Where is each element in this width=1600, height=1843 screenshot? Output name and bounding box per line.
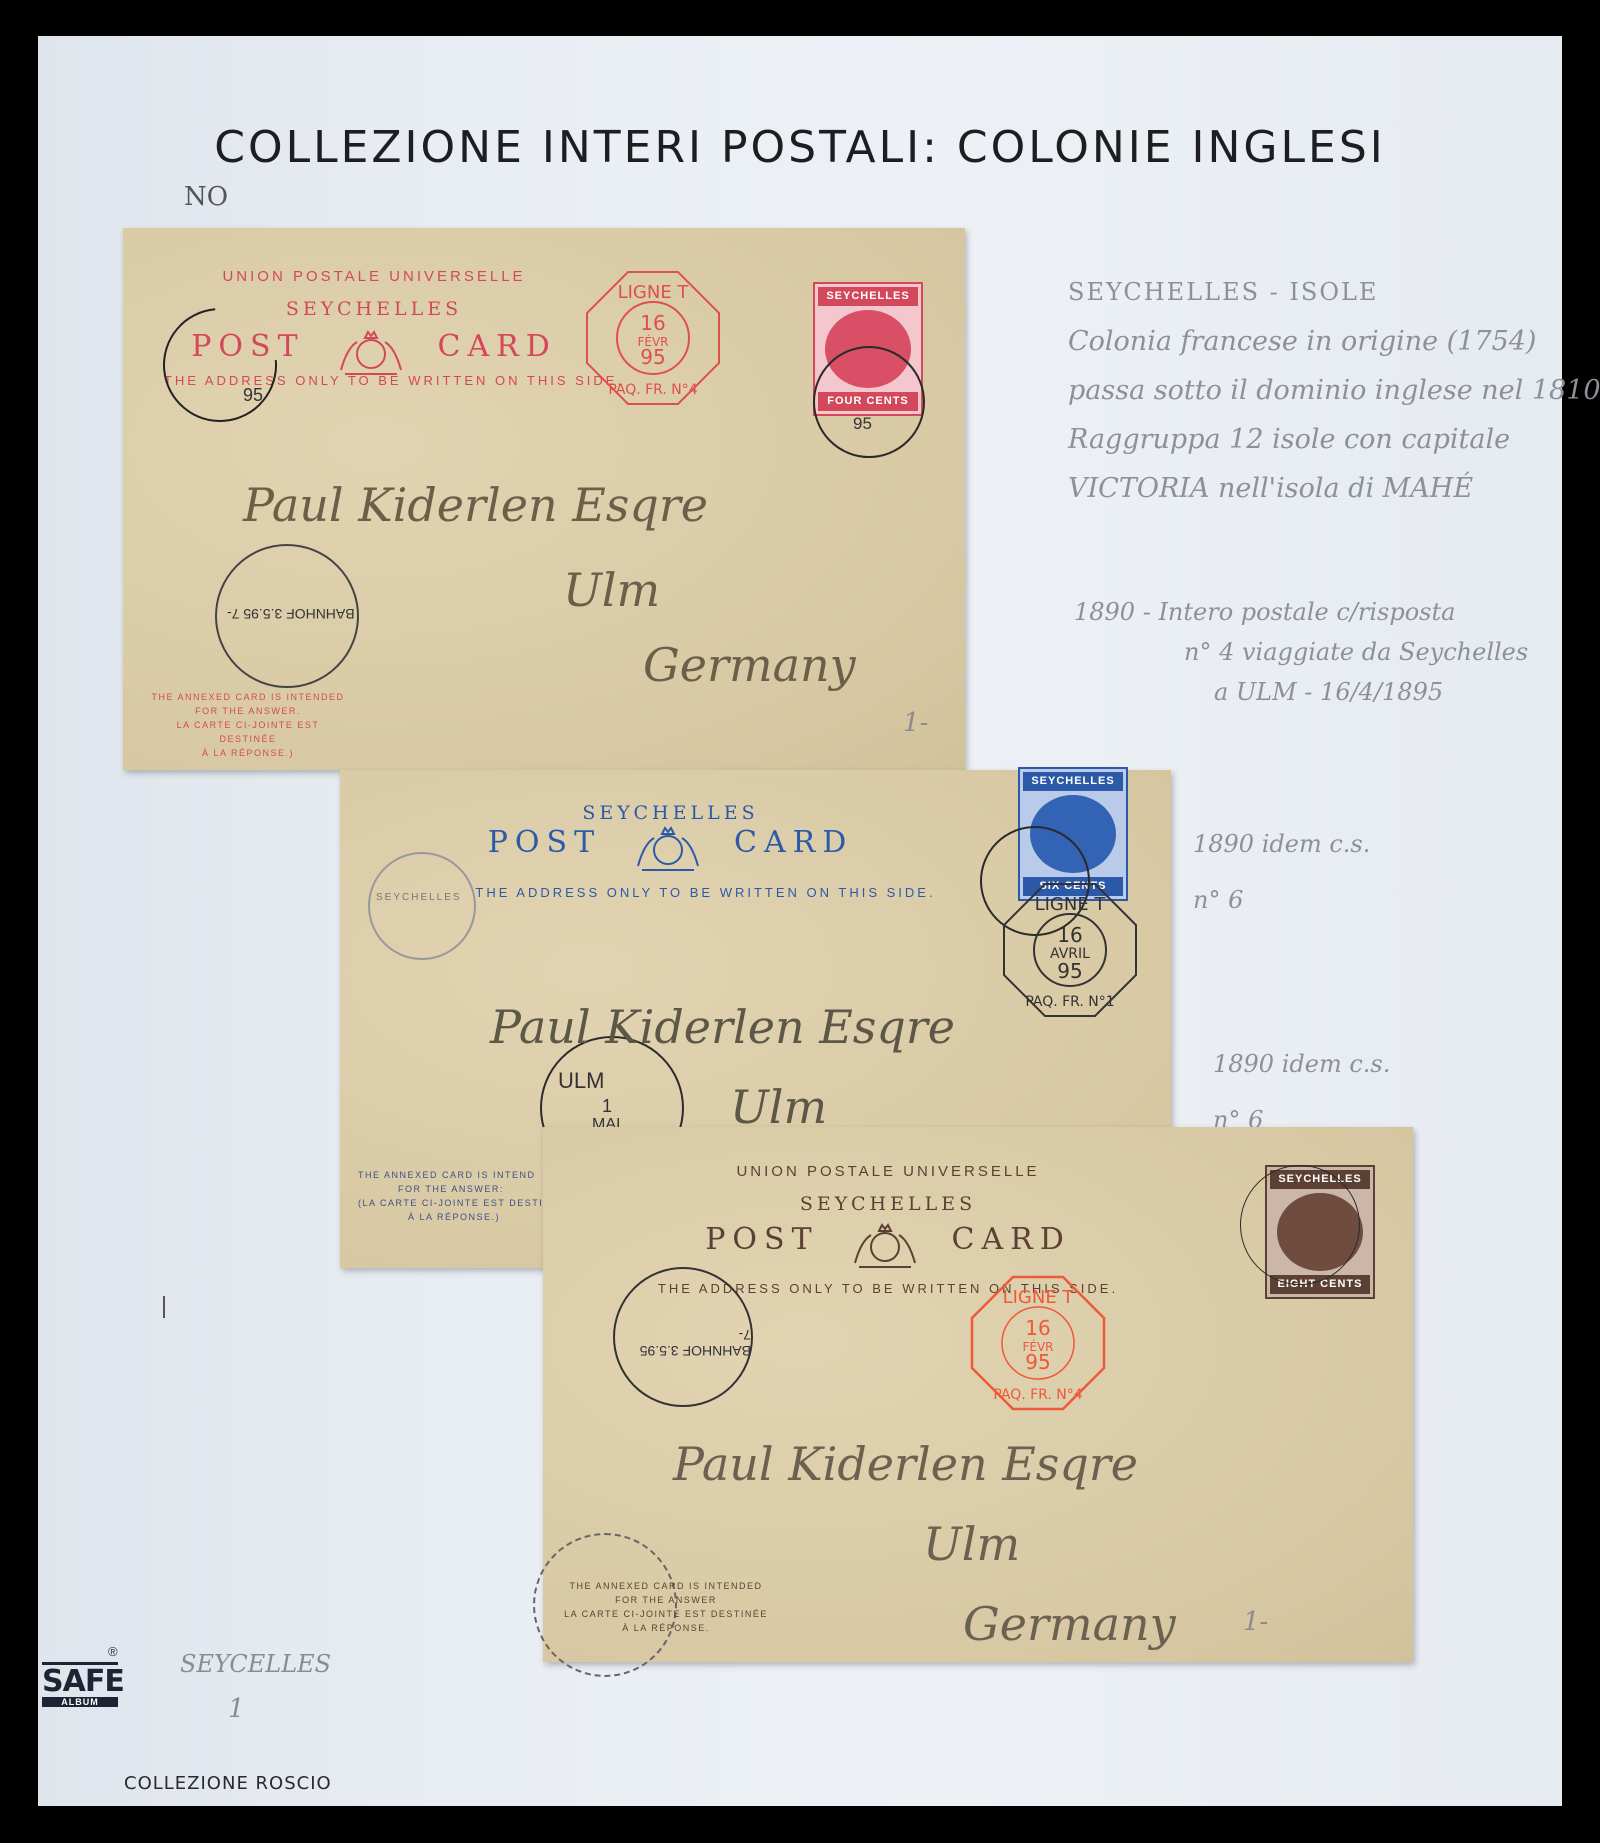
note-line: n° 6 [1193,872,1370,928]
annex-line: FOR THE ANSWER. [148,704,348,718]
post-card-heading: POST CARD [255,822,1086,874]
card-word: CARD [951,1222,1070,1257]
page-title: COLLEZIONE INTERI POSTALI: COLONIE INGLE… [38,122,1562,173]
note-item-1: 1890 - Intero postale c/risposta n° 4 vi… [1074,592,1528,712]
note-line: 1890 idem c.s. [1213,1036,1390,1092]
pencil-price: 1- [903,708,928,738]
safe-album-logo: SAFE ALBUM [42,1662,118,1707]
postmark-text: BAHNHOF 3.5.95 7- [625,1327,751,1359]
royal-crest-icon [845,1219,925,1271]
seychelles-postmark-stamp [1240,1165,1360,1285]
svg-text:PAQ. FR. N°1: PAQ. FR. N°1 [1025,994,1114,1010]
annex-note: THE ANNEXED CARD IS INTENDED FOR THE ANS… [561,1579,771,1635]
handwritten-country: Germany [643,638,856,692]
svg-text:95: 95 [640,345,665,369]
bahnhof-postmark: BAHNHOF 3.5.95 7- [613,1267,753,1407]
annex-line: THE ANNEXED CARD IS INTENDED [561,1579,771,1593]
svg-text:LIGNE T: LIGNE T [618,282,690,303]
post-word: POST [705,1222,818,1257]
handwritten-name: Paul Kiderlen Esqre [673,1437,1138,1491]
seychelles-postmark-stamp: 95 [813,346,925,458]
svg-text:LIGNE T: LIGNE T [1035,894,1107,915]
post-word: POST [488,825,601,860]
note-line: 1890 - Intero postale c/risposta [1074,592,1528,632]
margin-mark [163,1296,165,1318]
svg-text:16: 16 [1025,1316,1050,1340]
stamp-country: SEYCHELLES [818,287,918,306]
postmark-day: 1 [602,1096,612,1117]
svg-text:95: 95 [1057,959,1082,983]
handwritten-city: Ulm [730,1080,827,1134]
collection-footer: COLLEZIONE ROSCIO [124,1773,332,1794]
country-heading: SEYCHELLES [453,1193,1323,1215]
annex-line: À LA RÉPONSE. [561,1621,771,1635]
upu-heading: UNION POSTALE UNIVERSELLE [453,1163,1323,1180]
svg-text:PAQ. FR. N°4: PAQ. FR. N°4 [608,382,697,398]
bahnhof-postmark: BAHNHOF 3.5.95 7- [215,544,359,688]
svg-text:PAQ. FR. N°4: PAQ. FR. N°4 [993,1387,1082,1403]
svg-text:16: 16 [1057,923,1082,947]
card-word: CARD [437,329,556,364]
address-instruction: THE ADDRESS ONLY TO BE WRITTEN ON THIS S… [453,1281,1323,1296]
annex-line: À LA RÉPONSE.) [148,746,348,760]
post-card-heading: POST CARD [453,1219,1323,1271]
ligne-t-postmark: LIGNE T 16 AVRIL 95 PAQ. FR. N°1 [1000,880,1140,1020]
notes-header: SEYCHELLES - ISOLE [1068,268,1548,317]
postmark-left-year: 95 [243,385,263,406]
notes-line: VICTORIA nell'isola di MAHÉ [1068,464,1548,513]
stamp-country: SEYCHELLES [1023,772,1123,791]
annex-line: LA CARTE CI-JOINTE EST DESTINÉE [561,1607,771,1621]
registered-icon: ® [108,1644,118,1659]
corner-mark: NO [184,182,228,212]
royal-crest-icon [628,822,708,874]
annex-line: THE ANNEXED CARD IS INTENDED [148,690,348,704]
notes-line: Colonia francese in origine (1754) [1068,317,1548,366]
note-line: 1890 idem c.s. [1193,816,1370,872]
annex-note: THE ANNEXED CARD IS INTENDED FOR THE ANS… [148,690,348,760]
annex-line: LA CARTE CI-JOINTE EST DESTINÉE [148,718,348,746]
note-item-2: 1890 idem c.s. n° 6 [1193,816,1370,928]
svg-text:LIGNE T: LIGNE T [1003,1287,1075,1308]
postmark-city: ULM [558,1068,604,1094]
page-number: 1 [228,1694,245,1724]
logo-text: SAFE [42,1662,118,1697]
postcard-eight-cents: UNION POSTALE UNIVERSELLE SEYCHELLES POS… [543,1127,1413,1662]
notes-line: passa sotto il dominio inglese nel 1810 [1068,366,1548,415]
postcard-four-cents: UNION POSTALE UNIVERSELLE SEYCHELLES POS… [123,228,965,770]
page-label: SEYCELLES [180,1650,331,1678]
handwritten-name: Paul Kiderlen Esqre [243,478,708,532]
handwritten-city: Ulm [563,563,660,617]
history-notes: SEYCHELLES - ISOLE Colonia francese in o… [1068,268,1548,513]
notes-line: Raggruppa 12 isole con capitale [1068,415,1548,464]
note-line: n° 4 viaggiate da Seychelles [1074,632,1528,672]
svg-text:95: 95 [1025,1350,1050,1374]
card-word: CARD [734,825,853,860]
handwritten-city: Ulm [923,1517,1020,1571]
album-page: COLLEZIONE INTERI POSTALI: COLONIE INGLE… [38,36,1562,1806]
svg-text:16: 16 [640,311,665,335]
annex-line: FOR THE ANSWER [561,1593,771,1607]
seychelles-postmark-left: SEYCHELLES [368,852,476,960]
postmark-text: SEYCHELLES [376,892,462,903]
ligne-t-postmark: LIGNE T 16 FÉVR 95 PAQ. FR. N°4 [583,268,723,408]
country-heading: SEYCHELLES [255,802,1086,824]
royal-crest-icon [331,326,411,378]
postmark-year: 95 [853,414,872,434]
ligne-t-postmark: LIGNE T 16 FÉVR 95 PAQ. FR. N°4 [968,1273,1108,1413]
handwritten-name: Paul Kiderlen Esqre [490,1000,955,1054]
postmark-text: BAHNHOF 3.5.95 7- [227,606,355,622]
pencil-price: 1- [1243,1607,1268,1637]
note-line: a ULM - 16/4/1895 [1074,672,1528,712]
handwritten-country: Germany [963,1597,1176,1651]
